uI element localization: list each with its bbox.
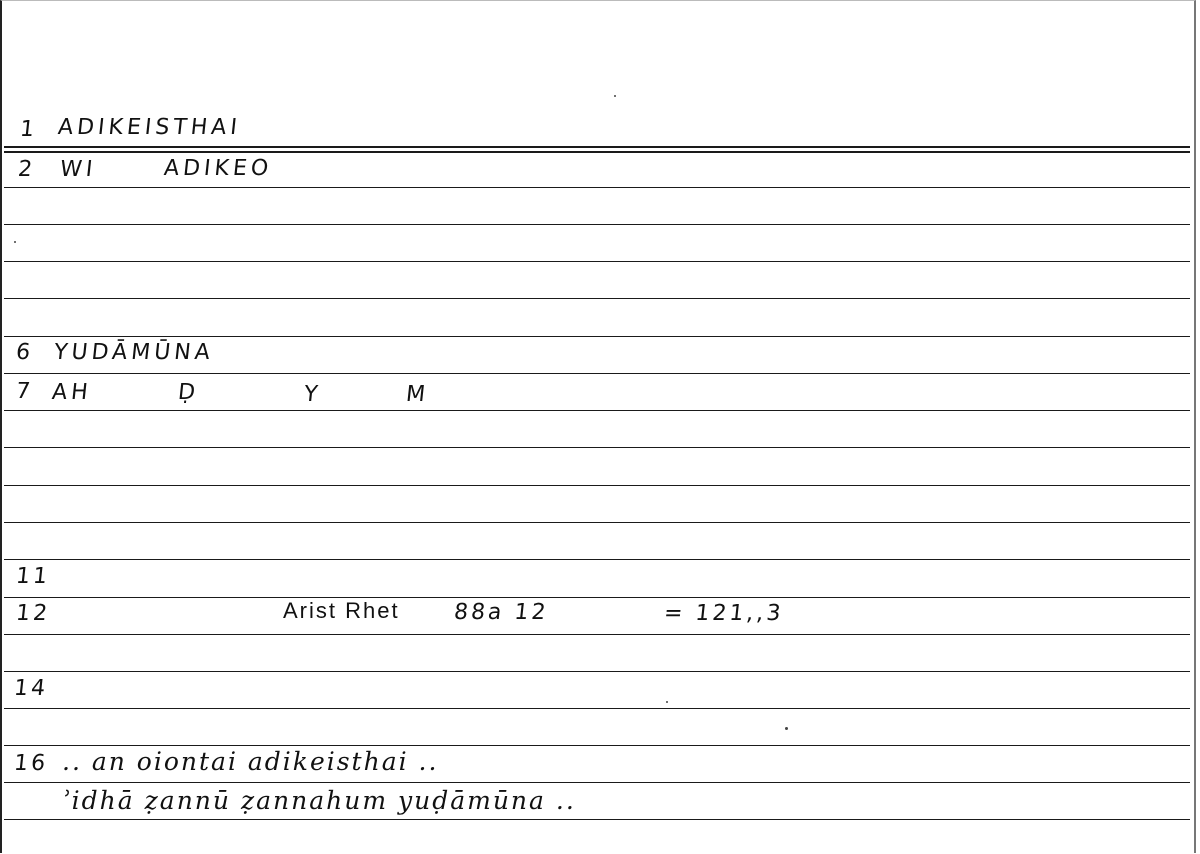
header-rule-lower [4, 151, 1190, 153]
ruled-line [4, 410, 1190, 411]
root-letter: Y [303, 382, 323, 407]
root-letter: AH [51, 380, 93, 405]
ruled-line [4, 819, 1190, 820]
ruled-line [4, 671, 1190, 672]
ruled-line [4, 447, 1190, 448]
root-letter: M [405, 382, 431, 407]
ruled-line [4, 634, 1190, 635]
scan-speck [785, 727, 788, 730]
ruled-line [4, 187, 1190, 188]
ruled-line [4, 522, 1190, 523]
scan-speck [14, 241, 16, 243]
ruled-line [4, 745, 1190, 746]
ruled-line [4, 224, 1190, 225]
line-number: 11 [15, 564, 52, 589]
ruled-line [4, 298, 1190, 299]
line-number: 14 [13, 676, 50, 701]
lexicon-index-card: 1 ADIKEISTHAI 2 WI ADIKEO 6 YUDĀMŪNA 7 A… [0, 0, 1196, 853]
ruled-line [4, 782, 1190, 783]
line-number: 12 [15, 601, 52, 626]
source-page: 88a 12 [453, 600, 550, 625]
greek-quotation: .. an oiontai adikeisthai .. [62, 747, 438, 776]
root-letter: Ḍ [177, 380, 201, 405]
line-number: 16 [13, 751, 50, 776]
scan-speck [666, 701, 668, 703]
ruled-line [4, 373, 1190, 374]
handwritten-entry: ADIKEO [163, 156, 274, 181]
header-rule [4, 146, 1190, 148]
line-number: 6 [15, 340, 35, 365]
source-reference: Arist Rhet [283, 598, 400, 624]
ruled-line [4, 559, 1190, 560]
line-number: 2 [17, 157, 37, 182]
line-number: 1 [19, 117, 39, 142]
arabic-quotation: ʾidhā ẓannū ẓannahum yuḍāmūna .. [62, 786, 576, 815]
line-number: 7 [15, 379, 35, 404]
ruled-line [4, 336, 1190, 337]
ruled-line [4, 485, 1190, 486]
ruled-line [4, 708, 1190, 709]
arabic-reference: = 121,,3 [663, 601, 785, 626]
headword: ADIKEISTHAI [57, 115, 242, 140]
arabic-headword: YUDĀMŪNA [53, 340, 215, 365]
ruled-line [4, 261, 1190, 262]
scan-speck [614, 95, 616, 97]
ruled-line [4, 597, 1190, 598]
handwritten-entry: WI [59, 157, 98, 182]
